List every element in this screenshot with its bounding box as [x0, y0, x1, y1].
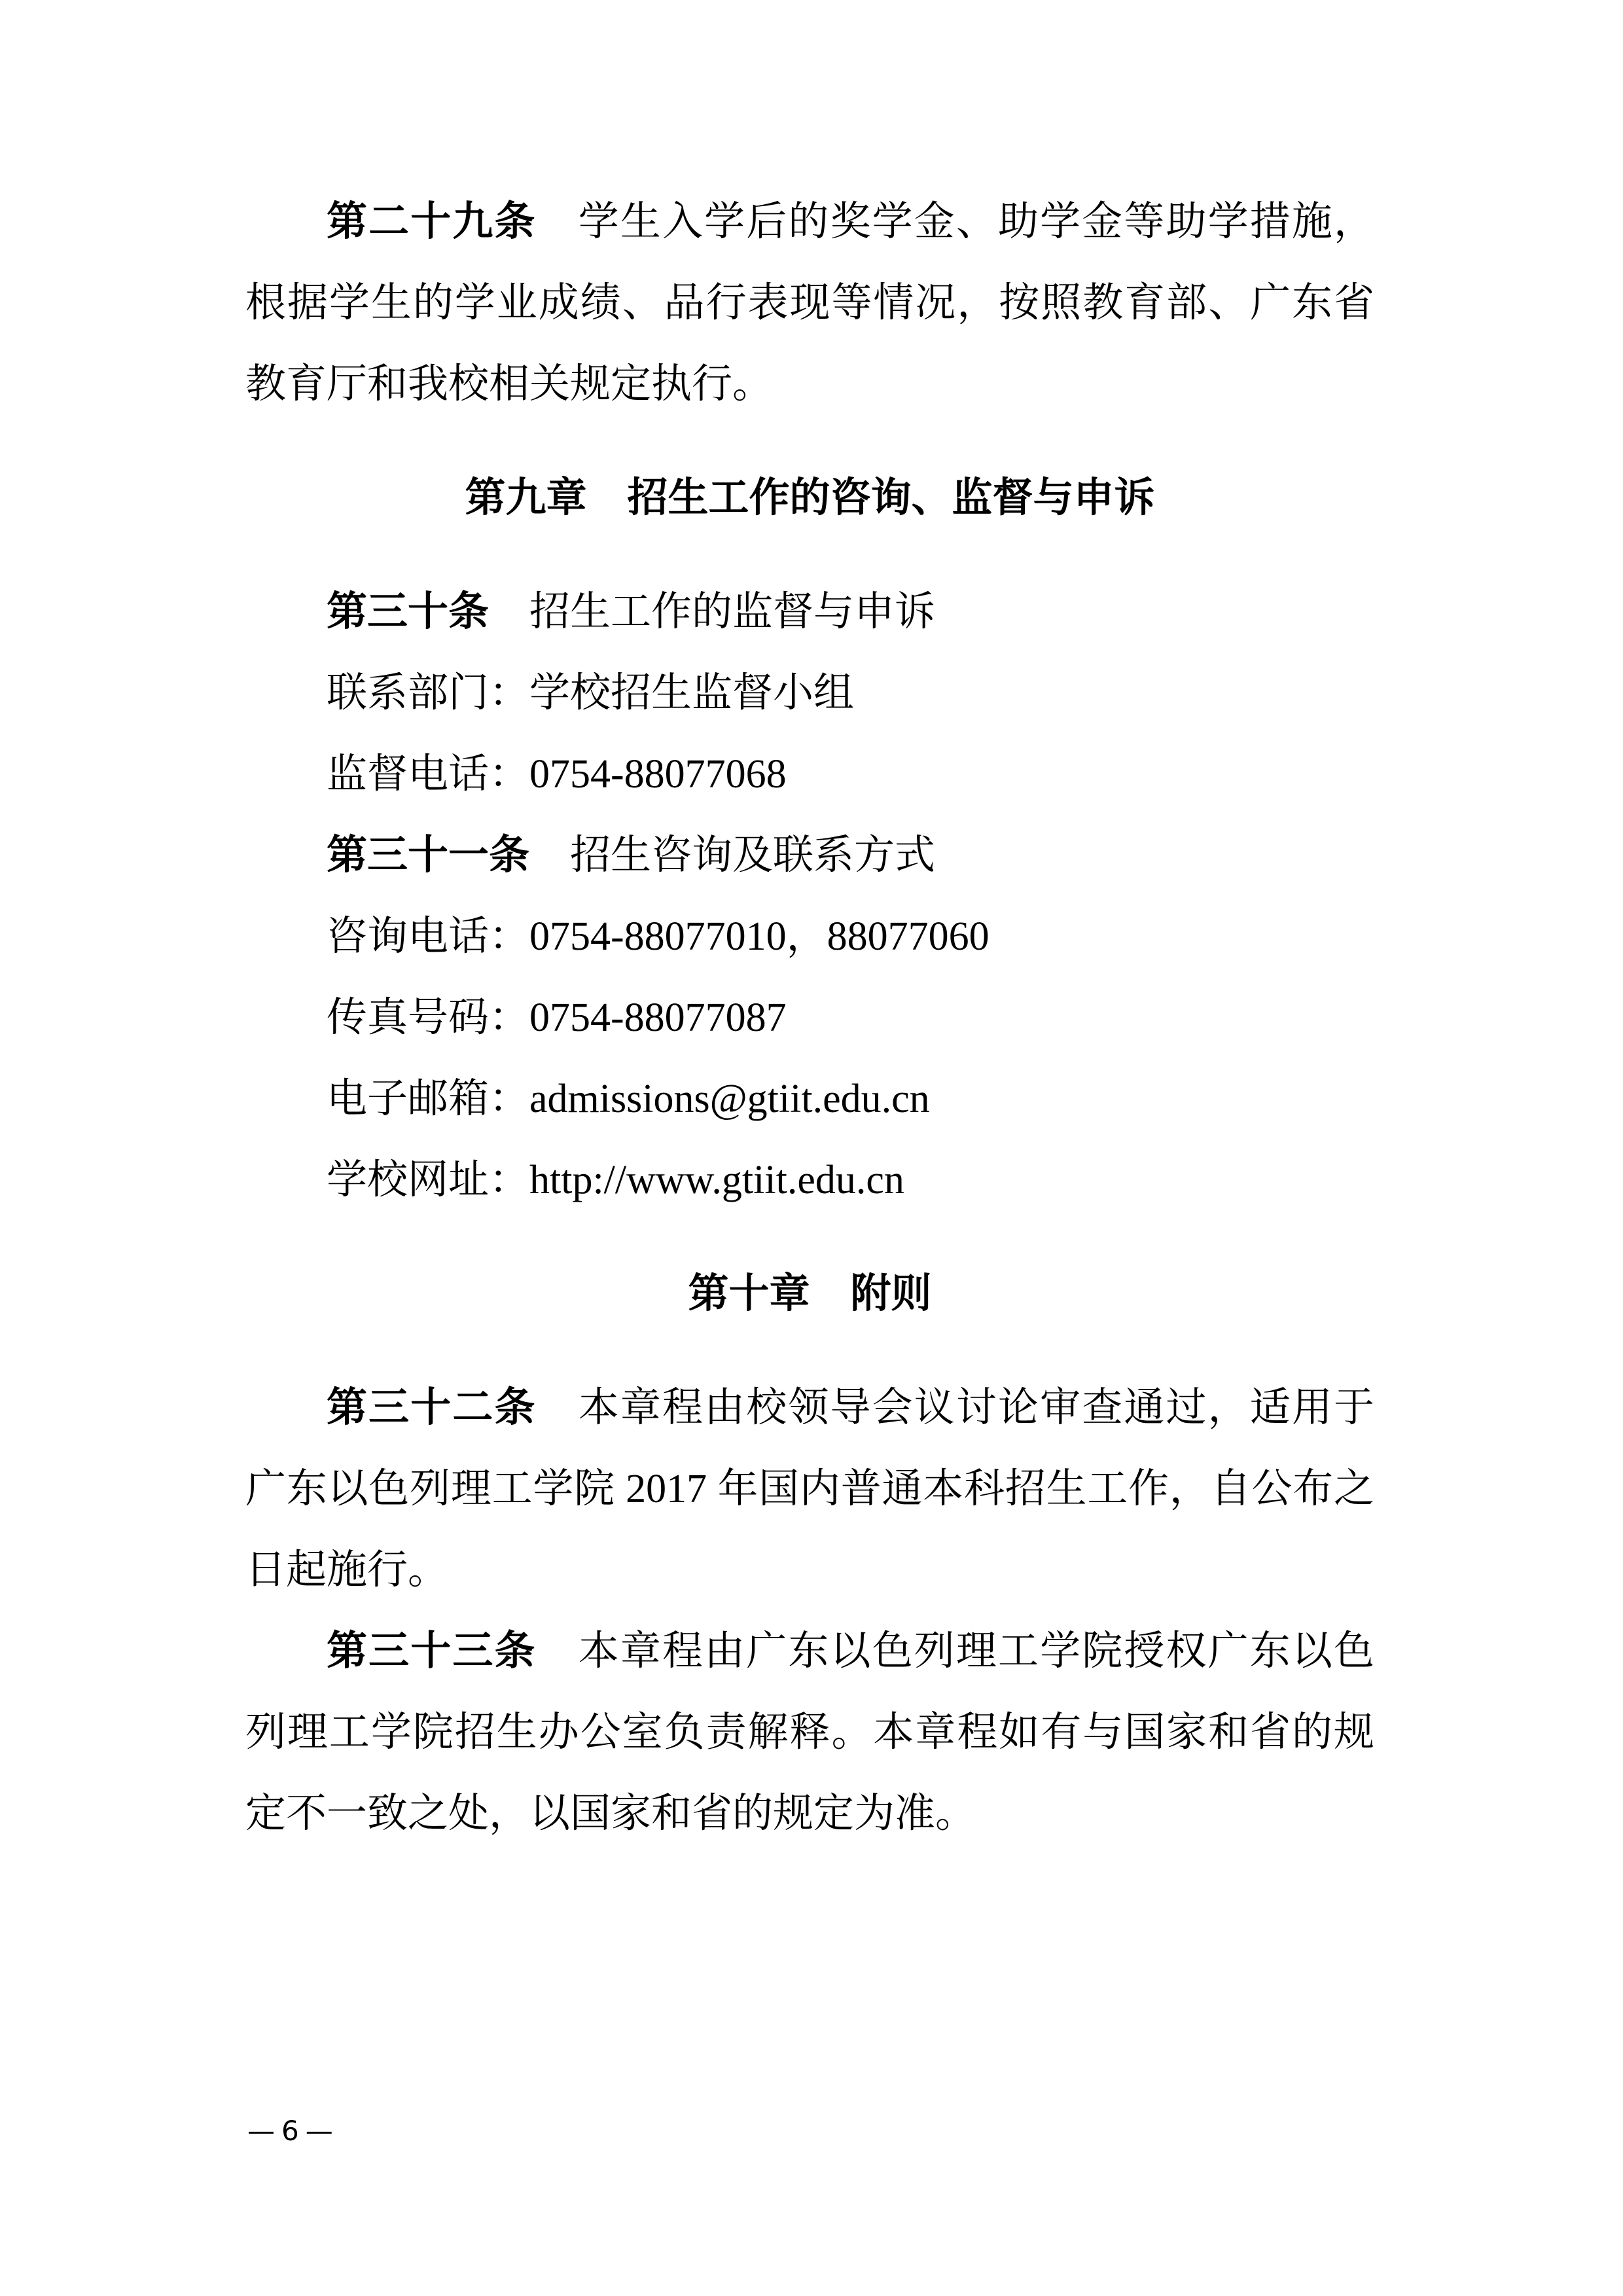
article-31-title: 第三十一条 招生咨询及联系方式: [245, 815, 1374, 896]
article-30-title: 第三十条 招生工作的监督与申诉: [245, 571, 1374, 653]
website-line: 学校网址：http://www.gtiit.edu.cn: [245, 1139, 1374, 1221]
article-30-title-text: 招生工作的监督与申诉: [489, 590, 935, 634]
document-page: 第二十九条 学生入学后的奖学金、助学金等助学措施， 根据学生的学业成绩、品行表现…: [0, 0, 1623, 2296]
article-33-line-1-text: 本章程由广东以色列理工学院授权广东以色: [537, 1629, 1374, 1674]
article-29-line-1: 第二十九条 学生入学后的奖学金、助学金等助学措施，: [245, 181, 1374, 262]
article-33-line-1: 第三十三条 本章程由广东以色列理工学院授权广东以色: [245, 1611, 1374, 1692]
chapter-10-heading: 第十章 附则: [245, 1253, 1374, 1335]
article-29-line-1-text: 学生入学后的奖学金、助学金等助学措施，: [537, 200, 1374, 244]
email-line: 电子邮箱：admissions@gtiit.edu.cn: [245, 1058, 1374, 1139]
article-29-line-2: 根据学生的学业成绩、品行表现等情况，按照教育部、广东省: [245, 262, 1374, 344]
article-32-line-1-text: 本章程由校领导会议讨论审查通过，适用于: [537, 1386, 1374, 1430]
article-33-line-3: 定不一致之处，以国家和省的规定为准。: [245, 1773, 1374, 1854]
page-body: 第二十九条 学生入学后的奖学金、助学金等助学措施， 根据学生的学业成绩、品行表现…: [245, 181, 1374, 1854]
article-29-number: 第二十九条: [327, 200, 537, 244]
article-32-number: 第三十二条: [327, 1386, 537, 1430]
article-33-number: 第三十三条: [327, 1629, 537, 1674]
article-33-line-2: 列理工学院招生办公室负责解释。本章程如有与国家和省的规: [245, 1692, 1374, 1773]
inquiry-phone-line: 咨询电话：0754-88077010，88077060: [245, 896, 1374, 977]
article-32-line-1: 第三十二条 本章程由校领导会议讨论审查通过，适用于: [245, 1367, 1374, 1448]
article-29-line-3: 教育厅和我校相关规定执行。: [245, 344, 1374, 425]
article-32-line-2: 广东以色列理工学院 2017 年国内普通本科招生工作，自公布之: [245, 1448, 1374, 1530]
supervision-department-line: 联系部门：学校招生监督小组: [245, 653, 1374, 734]
article-31-number: 第三十一条: [327, 833, 529, 878]
page-number: —6—: [247, 2115, 340, 2147]
fax-line: 传真号码：0754-88077087: [245, 977, 1374, 1058]
article-32-line-3: 日起施行。: [245, 1530, 1374, 1611]
supervision-phone-line: 监督电话：0754-88077068: [245, 734, 1374, 815]
article-31-title-text: 招生咨询及联系方式: [529, 833, 935, 878]
article-30-number: 第三十条: [327, 590, 489, 634]
chapter-9-heading: 第九章 招生工作的咨询、监督与申诉: [245, 457, 1374, 539]
